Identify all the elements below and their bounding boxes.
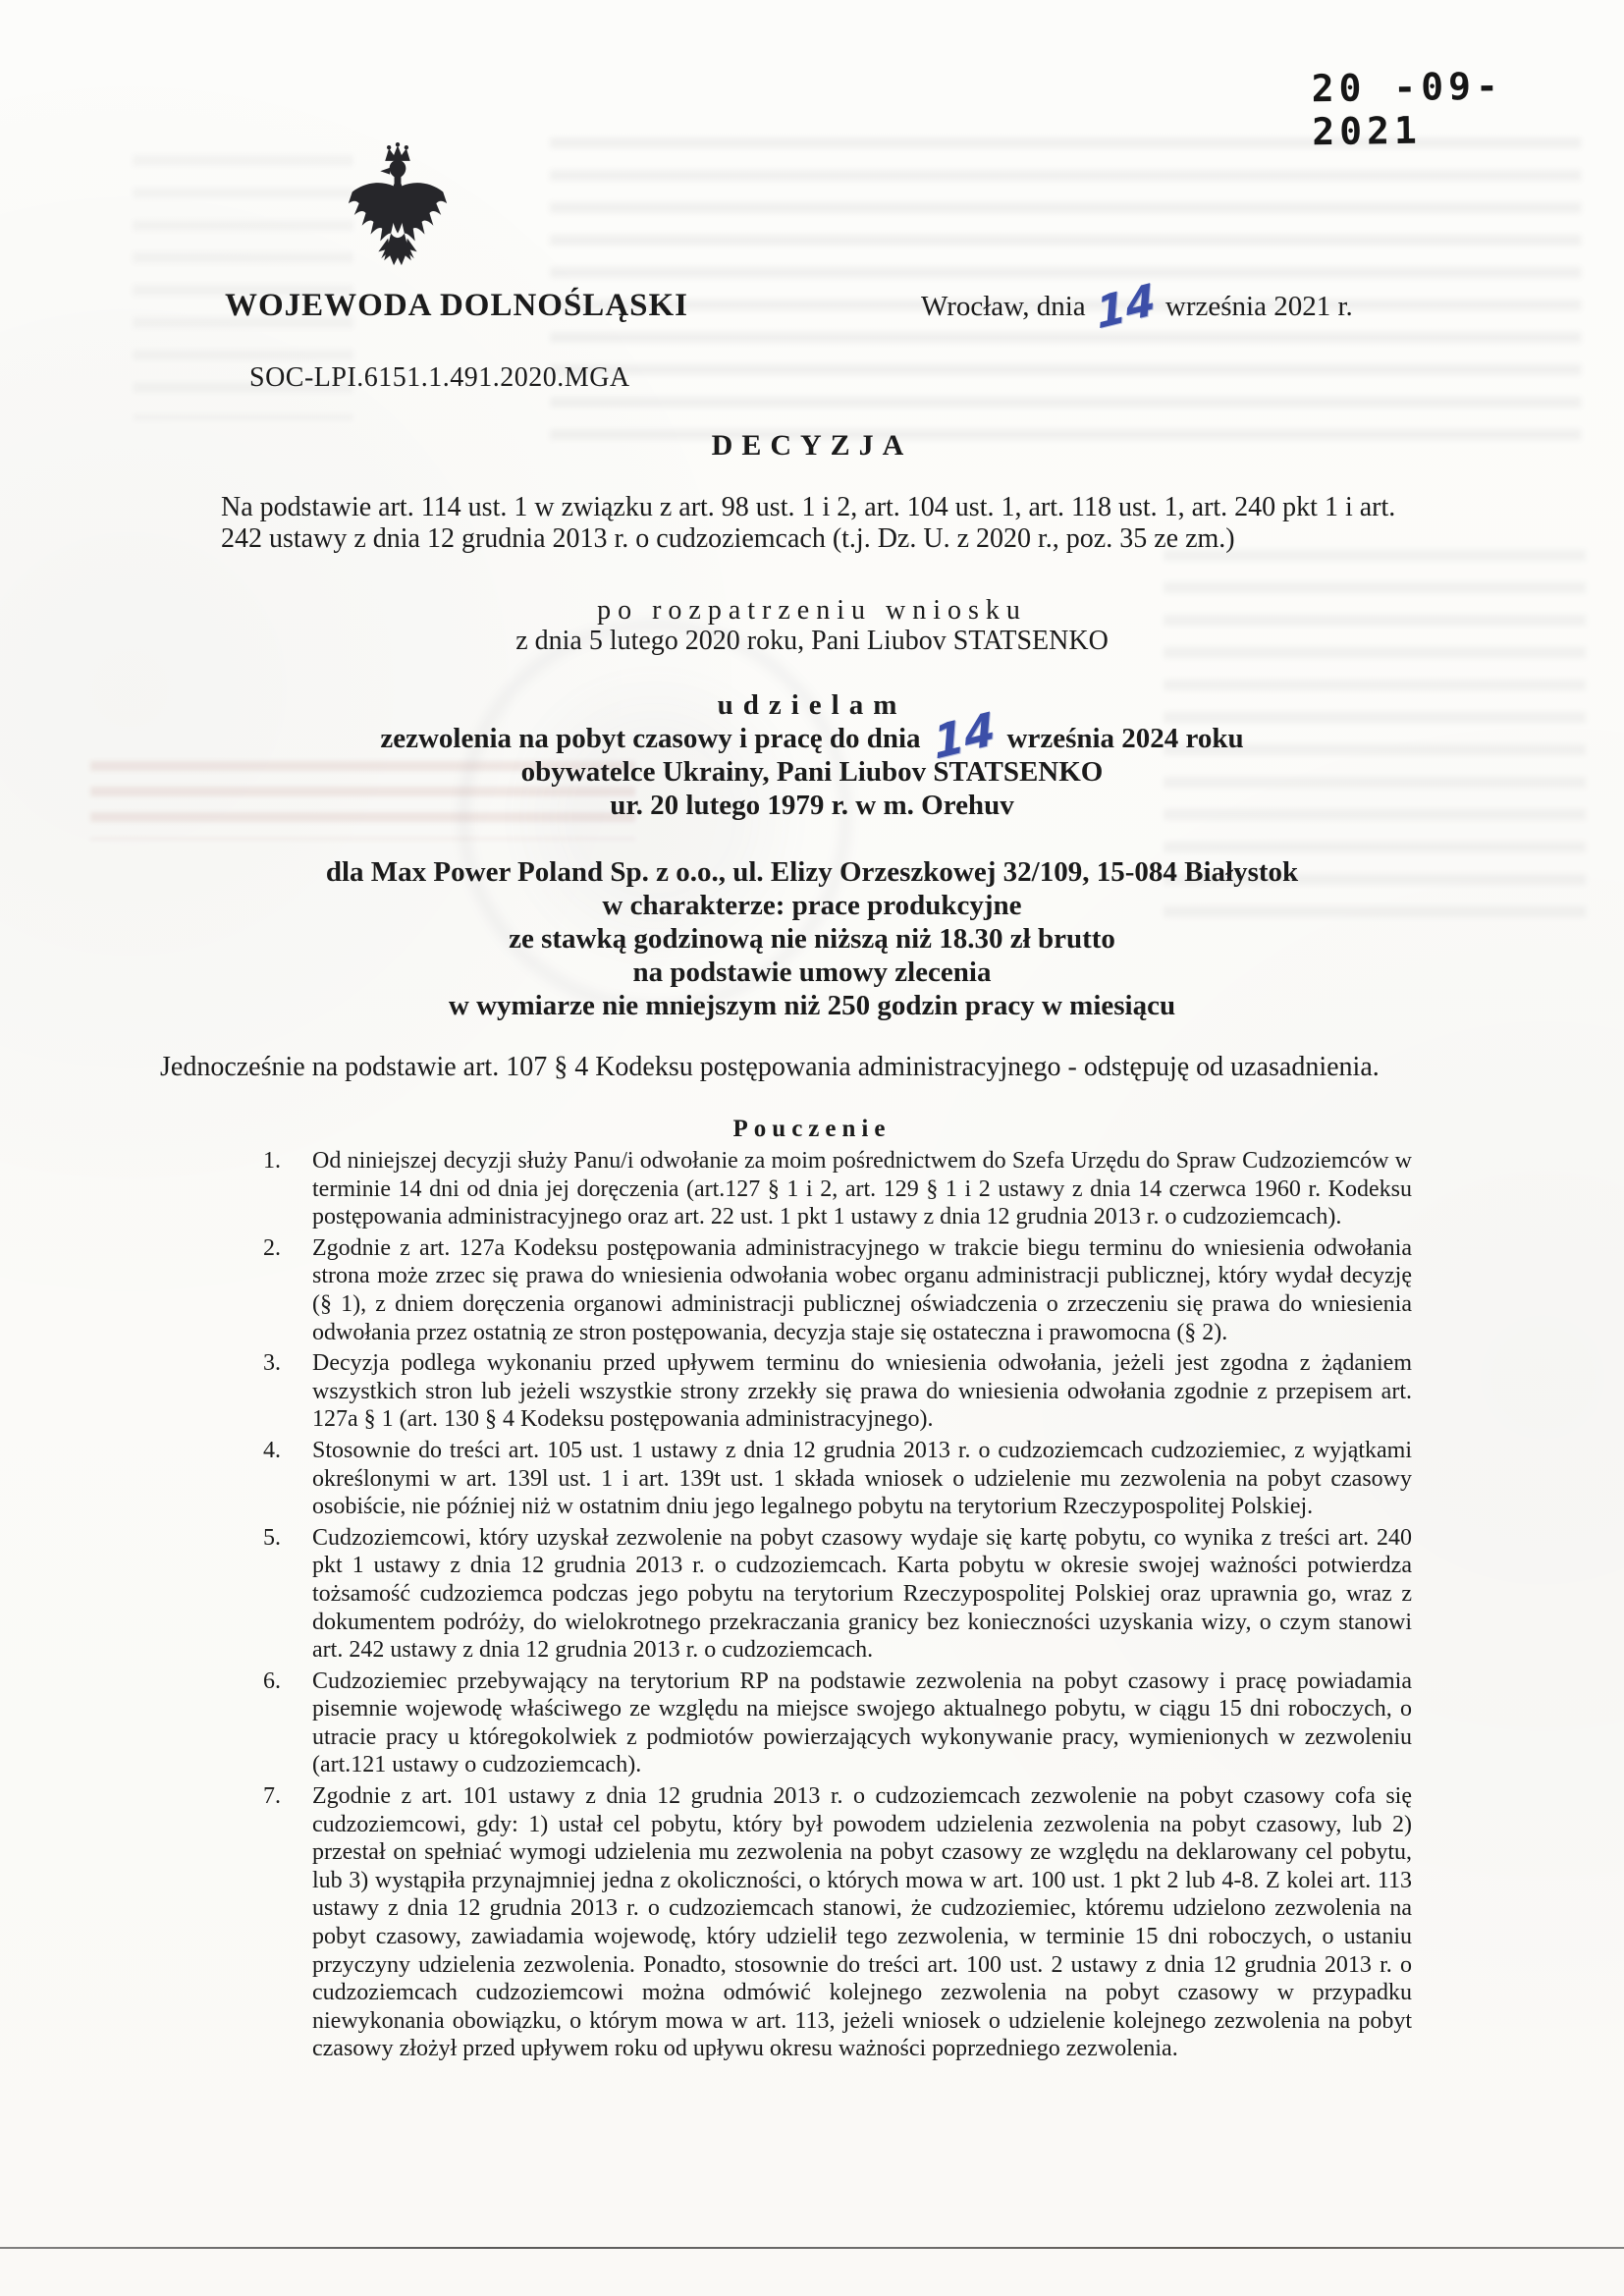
pouczenie-item: 1. Od niniejszej decyzji służy Panu/i od… <box>263 1147 1412 1231</box>
item-text: Od niniejszej decyzji służy Panu/i odwoł… <box>312 1147 1412 1231</box>
wage-line: ze stawką godzinową nie niższą niż 18.30… <box>0 922 1624 956</box>
permit-prefix: zezwolenia na pobyt czasowy i pracę do d… <box>380 723 920 754</box>
permit-suffix: września 2024 roku <box>1007 723 1244 754</box>
pouczenie-heading: Pouczenie <box>0 1116 1624 1143</box>
pouczenie-item: 6. Cudzoziemiec przebywający na terytori… <box>263 1667 1412 1779</box>
item-text: Zgodnie z art. 101 ustawy z dnia 12 grud… <box>312 1782 1412 2063</box>
employer-line: dla Max Power Poland Sp. z o.o., ul. Eli… <box>0 855 1624 889</box>
hours-line: w wymiarze nie mniejszym niż 250 godzin … <box>0 989 1624 1022</box>
place-date-suffix: września 2021 r. <box>1165 291 1353 322</box>
authority-name: WOJEWODA DOLNOŚLĄSKI <box>225 288 688 324</box>
item-number: 6. <box>263 1667 312 1779</box>
pouczenie-item: 7. Zgodnie z art. 101 ustawy z dnia 12 g… <box>263 1782 1412 2063</box>
grant-beneficiary: obywatelce Ukrainy, Pani Liubov STATSENK… <box>0 755 1624 789</box>
grant-verb: udzielam <box>0 689 1624 722</box>
legal-basis-paragraph: Na podstawie art. 114 ust. 1 w związku z… <box>221 492 1414 555</box>
consideration-line: z dnia 5 lutego 2020 roku, Pani Liubov S… <box>0 626 1624 656</box>
grant-block: udzielam zezwolenia na pobyt czasowy i p… <box>0 689 1624 822</box>
justification-waiver: Jednocześnie na podstawie art. 107 § 4 K… <box>160 1052 1436 1083</box>
item-text: Cudzoziemiec przebywający na terytorium … <box>312 1667 1412 1779</box>
place-and-date-line: Wrocław, dnia14września 2021 r. <box>921 291 1353 323</box>
grant-birth-info: ur. 20 lutego 1979 r. w m. Orehuv <box>0 789 1624 822</box>
scanned-document-page: 20 -09- 2021 WOJEWODA DOLNOŚLĄSKI Wrocła… <box>0 0 1624 2296</box>
employment-conditions-block: dla Max Power Poland Sp. z o.o., ul. Eli… <box>0 855 1624 1022</box>
pouczenie-item: 2. Zgodnie z art. 127a Kodeksu postępowa… <box>263 1234 1412 1346</box>
item-number: 5. <box>263 1524 312 1665</box>
decision-title: DECYZJA <box>0 429 1624 463</box>
place-date-prefix: Wrocław, dnia <box>921 291 1086 322</box>
item-number: 2. <box>263 1234 312 1346</box>
grant-permit-line: zezwolenia na pobyt czasowy i pracę do d… <box>0 722 1624 755</box>
received-date-stamp: 20 -09- 2021 <box>1311 63 1624 153</box>
contract-type-line: na podstawie umowy zlecenia <box>0 956 1624 989</box>
item-text: Stosownie do treści art. 105 ust. 1 usta… <box>312 1437 1412 1521</box>
item-number: 7. <box>263 1782 312 2063</box>
item-number: 4. <box>263 1437 312 1521</box>
item-text: Decyzja podlega wykonaniu przed upływem … <box>312 1349 1412 1434</box>
pouczenie-item: 3. Decyzja podlega wykonaniu przed upływ… <box>263 1349 1412 1434</box>
case-reference-number: SOC-LPI.6151.1.491.2020.MGA <box>249 362 630 394</box>
pouczenie-list: 1. Od niniejszej decyzji służy Panu/i od… <box>263 1147 1412 2066</box>
handwritten-day-header: 14 <box>1097 301 1155 315</box>
job-character-line: w charakterze: prace produkcyjne <box>0 889 1624 922</box>
item-number: 1. <box>263 1147 312 1231</box>
consideration-line: po rozpatrzeniu wniosku <box>0 595 1624 626</box>
eagle-emblem-icon <box>340 139 456 289</box>
pouczenie-item: 5. Cudzoziemcowi, który uzyskał zezwolen… <box>263 1524 1412 1665</box>
item-number: 3. <box>263 1349 312 1434</box>
item-text: Zgodnie z art. 127a Kodeksu postępowania… <box>312 1234 1412 1346</box>
consideration-block: po rozpatrzeniu wniosku z dnia 5 lutego … <box>0 595 1624 656</box>
pouczenie-item: 4. Stosownie do treści art. 105 ust. 1 u… <box>263 1437 1412 1521</box>
handwritten-day-permit: 14 <box>933 728 994 742</box>
page-fold-line <box>0 2247 1624 2249</box>
item-text: Cudzoziemcowi, który uzyskał zezwolenie … <box>312 1524 1412 1665</box>
